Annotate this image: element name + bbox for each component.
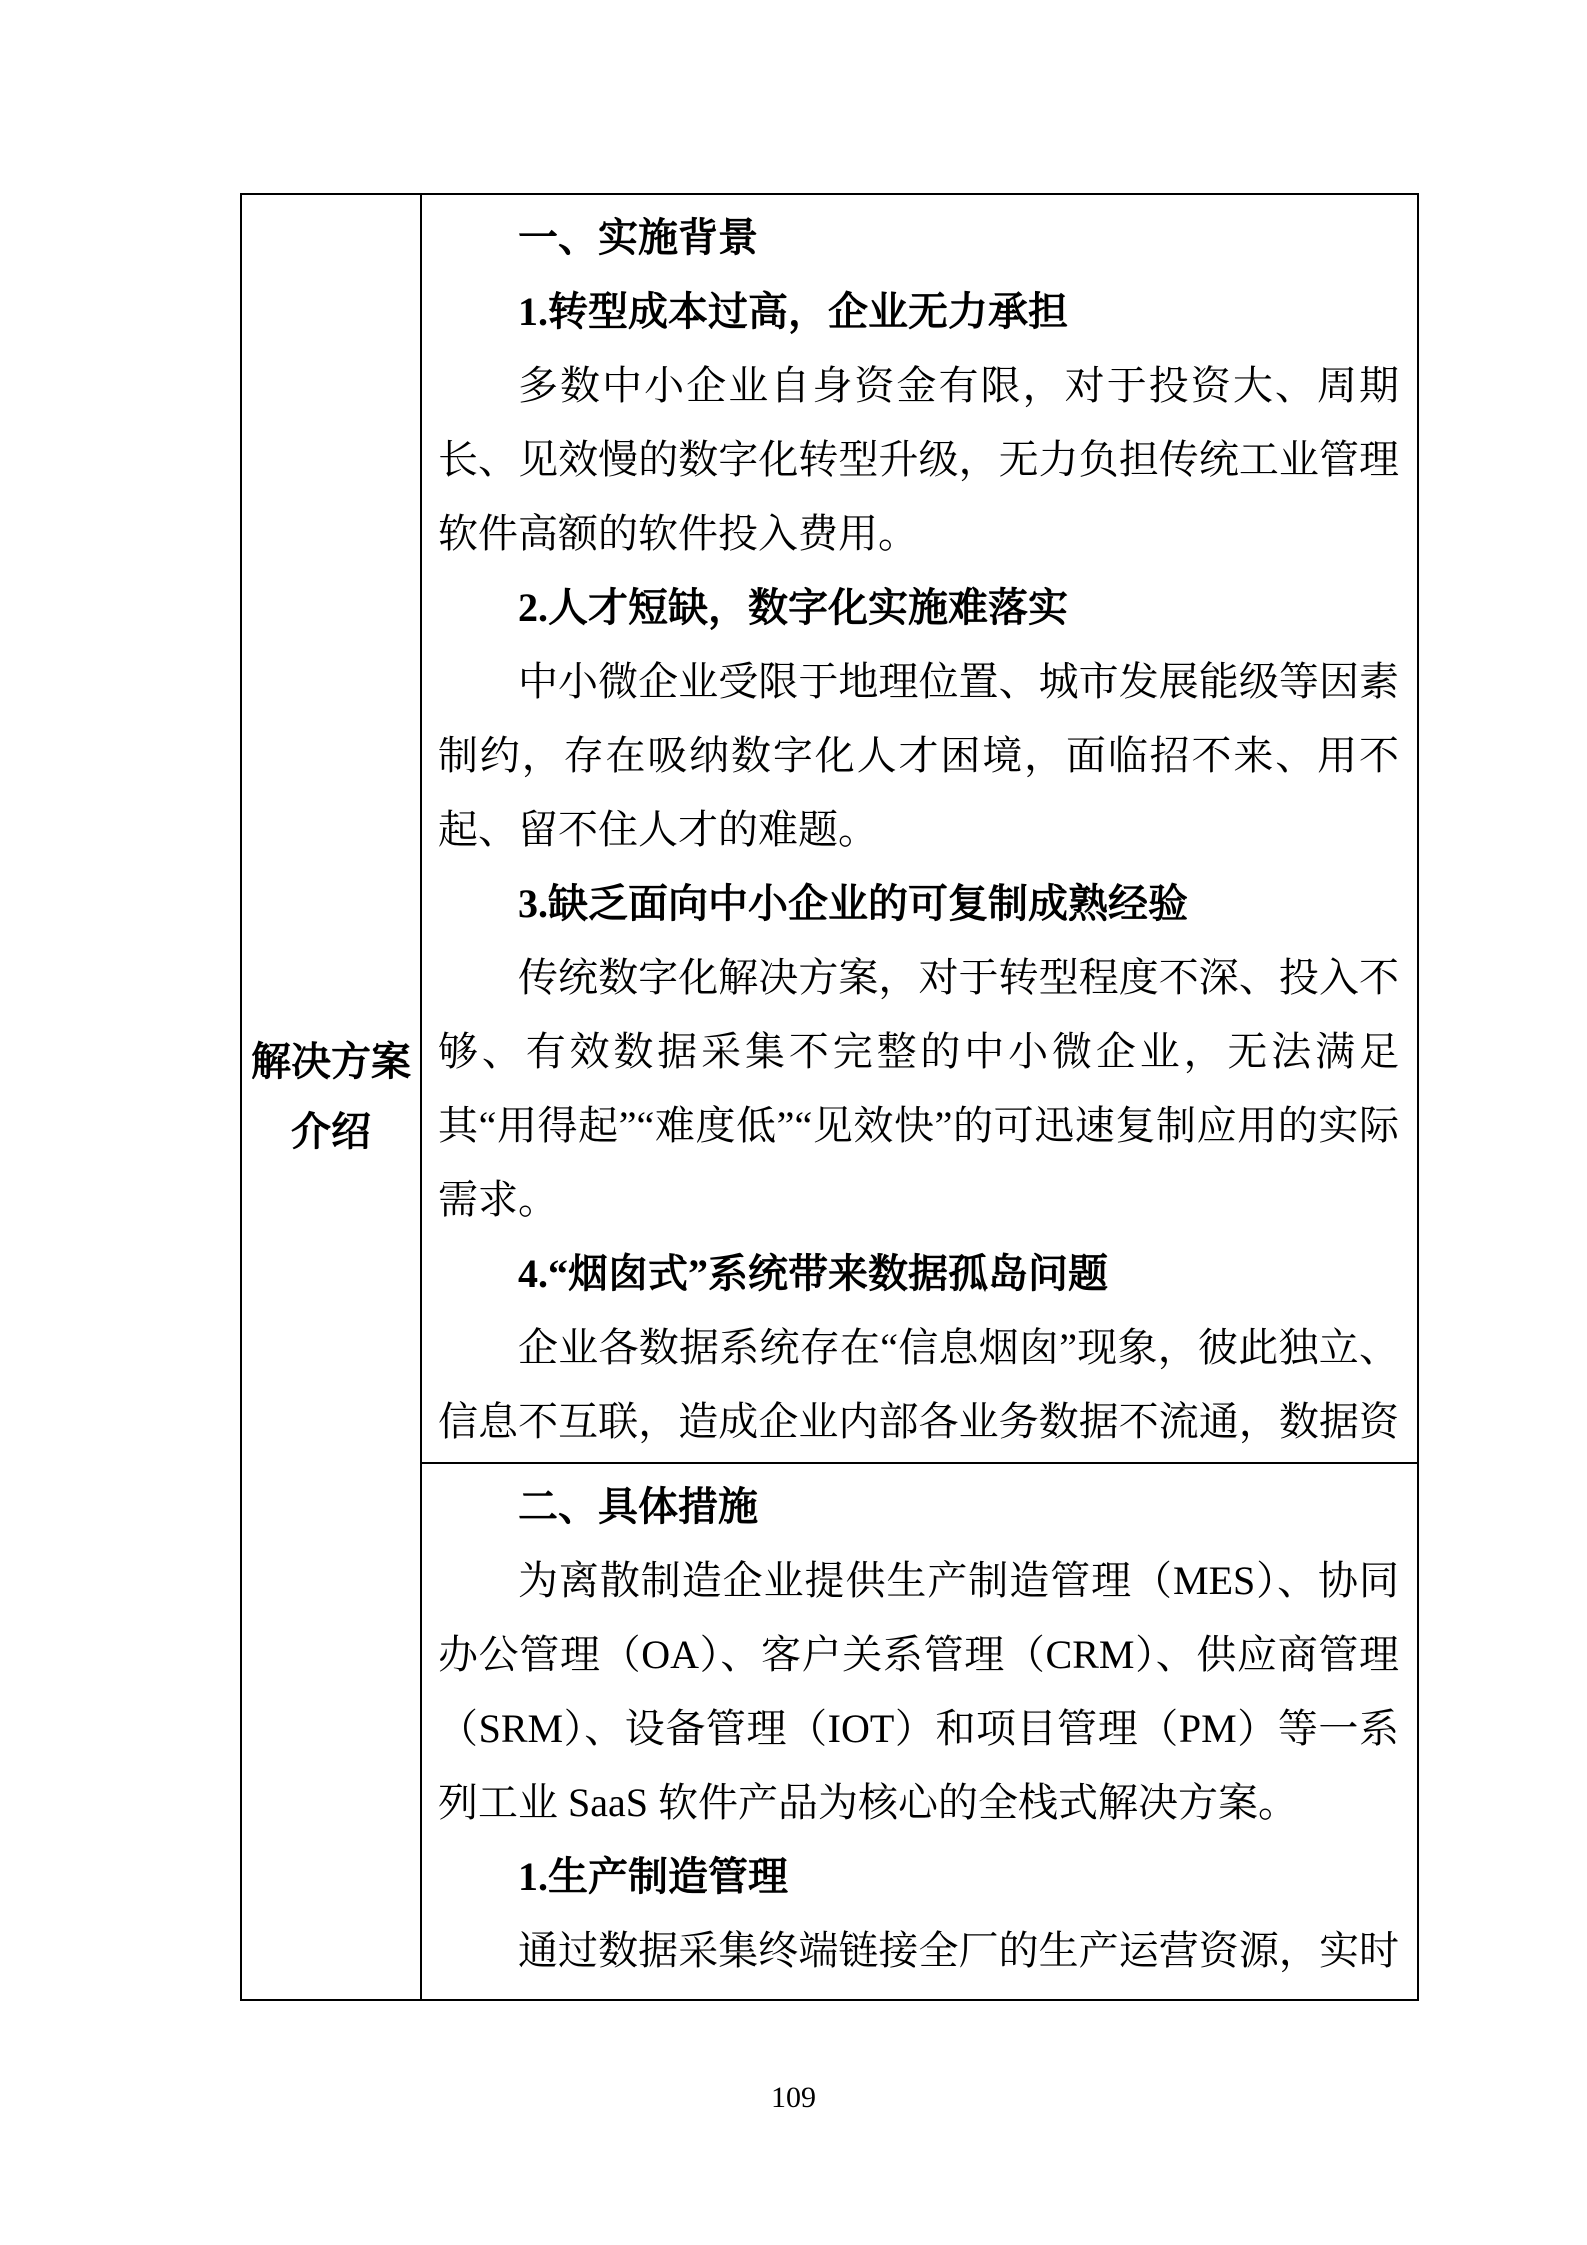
paragraph-text: 企业各数据系统存在“信息烟囱”现象，彼此独立、信息不互联，造成企业内部各业务数据… — [438, 1311, 1399, 1464]
section-heading: 3.缺乏面向中小企业的可复制成熟经验 — [438, 867, 1399, 941]
solution-table: 解决方案 介绍 一、实施背景 1.转型成本过高，企业无力承担 多数中小企业自身资… — [240, 193, 1419, 2001]
paragraph-text: 中小微企业受限于地理位置、城市发展能级等因素制约，存在吸纳数字化人才困境，面临招… — [438, 645, 1399, 867]
section-heading: 4.“烟囱式”系统带来数据孤岛问题 — [438, 1237, 1399, 1311]
table-cell-implementation-background: 一、实施背景 1.转型成本过高，企业无力承担 多数中小企业自身资金有限，对于投资… — [422, 195, 1417, 1464]
row-header-label: 解决方案 — [251, 1027, 411, 1097]
paragraph-text: 为离散制造企业提供生产制造管理（MES）、协同办公管理（OA）、客户关系管理（C… — [438, 1544, 1399, 1840]
paragraph-text: 传统数字化解决方案，对于转型程度不深、投入不够、有效数据采集不完整的中小微企业，… — [438, 941, 1399, 1237]
section-heading: 2.人才短缺，数字化实施难落实 — [438, 571, 1399, 645]
table-content-column: 一、实施背景 1.转型成本过高，企业无力承担 多数中小企业自身资金有限，对于投资… — [422, 195, 1417, 1999]
document-page: 解决方案 介绍 一、实施背景 1.转型成本过高，企业无力承担 多数中小企业自身资… — [0, 0, 1587, 2245]
table-row-header-cell: 解决方案 介绍 — [242, 195, 422, 1999]
paragraph-text: 多数中小企业自身资金有限，对于投资大、周期长、见效慢的数字化转型升级，无力负担传… — [438, 349, 1399, 571]
section-heading: 1.转型成本过高，企业无力承担 — [438, 275, 1399, 349]
table-cell-specific-measures: 二、具体措施 为离散制造企业提供生产制造管理（MES）、协同办公管理（OA）、客… — [422, 1464, 1417, 1999]
section-heading: 一、实施背景 — [438, 201, 1399, 275]
row-header-label: 介绍 — [291, 1097, 371, 1167]
section-heading: 二、具体措施 — [438, 1470, 1399, 1544]
section-heading: 1.生产制造管理 — [438, 1840, 1399, 1914]
page-number: 109 — [771, 2078, 816, 2118]
paragraph-text: 通过数据采集终端链接全厂的生产运营资源，实时采集 — [438, 1914, 1399, 1999]
